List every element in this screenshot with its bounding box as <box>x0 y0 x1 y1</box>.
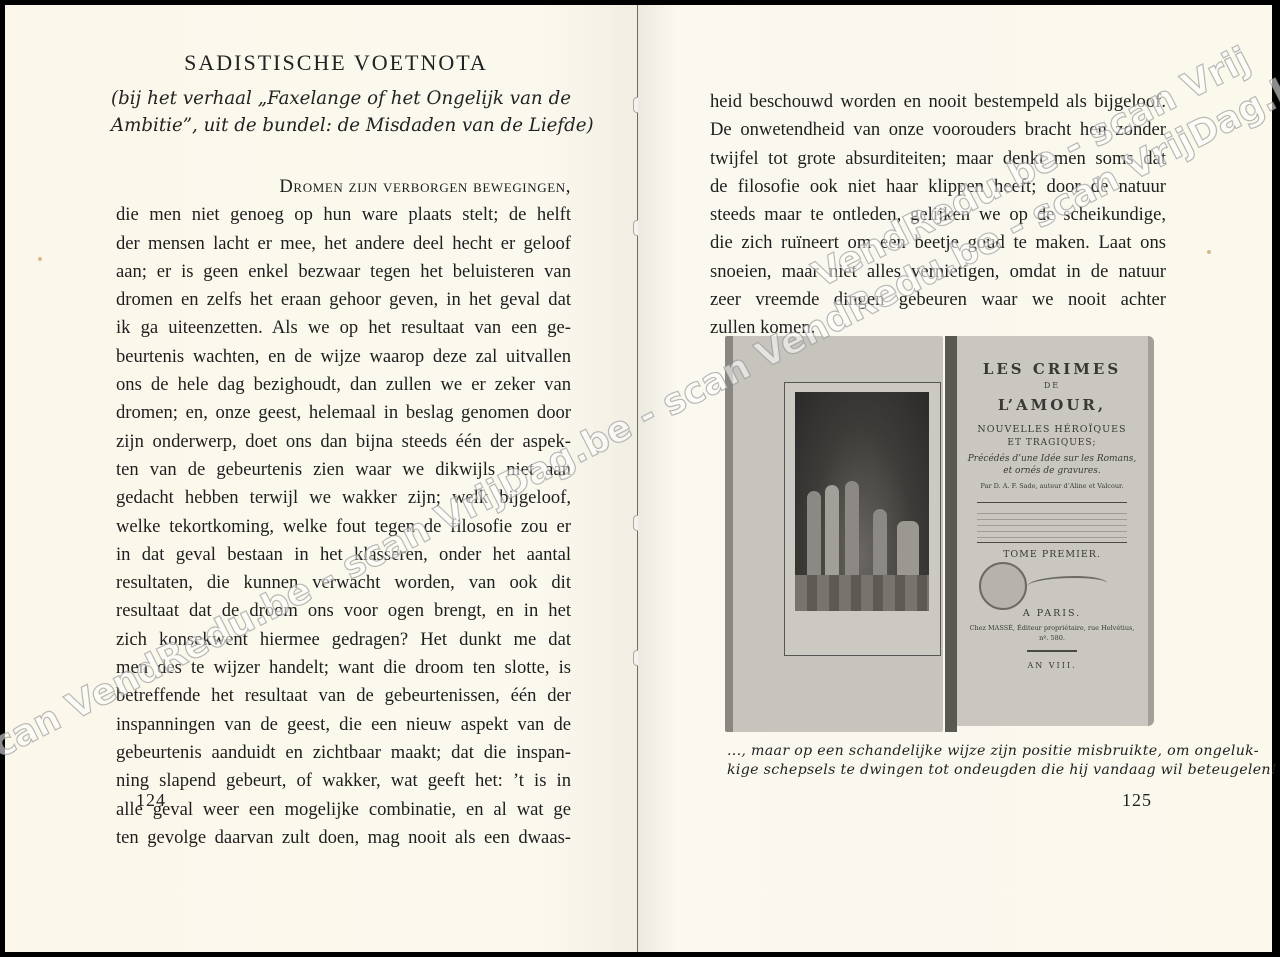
title-page-line: Par D. A. F. Sade, auteur d’Aline et Val… <box>957 482 1147 490</box>
title-page-motto <box>977 508 1127 538</box>
title-page: LES CRIMES DE L’AMOUR, NOUVELLES HÉROÏQU… <box>957 336 1154 726</box>
text-line: resultaat dat de droom ons voor ogen bre… <box>116 597 571 625</box>
left-page: SADISTISCHE VOETNOTA (bij het verhaal „F… <box>5 5 637 952</box>
text-line: zijn onderwerp, doet ons dan bijna steed… <box>116 428 571 456</box>
text-line: betreffende het resultaat van de gebeurt… <box>116 682 571 710</box>
body-text-left: Dromen zijn verborgen bewegingen, die me… <box>116 173 571 852</box>
engraving-frame <box>784 382 941 656</box>
text-line: zeer vreemde dingen gebeuren waar we noo… <box>710 286 1166 314</box>
text-line: men des te wijzer handelt; want die droo… <box>116 654 571 682</box>
engraving-figure <box>825 485 839 581</box>
illustration-caption: ..., maar op een schandelijke wijze zijn… <box>727 742 1147 780</box>
title-page-rule <box>977 542 1127 543</box>
caption-line: ..., maar op een schandelijke wijze zijn… <box>727 742 1147 761</box>
text-line: de filosofie ook niet haar klippen heeft… <box>710 173 1166 201</box>
engraving-figure <box>897 521 919 581</box>
text-line: welke tekortkoming, welke fout tegen de … <box>116 513 571 541</box>
text-line: resultaten, die kunnen verwacht worden, … <box>116 569 571 597</box>
text-line: twijfel tot grote absurditeiten; maar de… <box>710 145 1166 173</box>
subtitle-line: (bij het verhaal „Faxelange of het Ongel… <box>111 85 571 112</box>
text-line: die men niet genoeg op hun ware plaats s… <box>116 201 571 229</box>
text-line: alle geval weer een mogelijke combinatie… <box>116 796 571 824</box>
text-line: dromen; en, onze geest, helemaal in besl… <box>116 399 571 427</box>
title-page-line: LES CRIMES <box>957 360 1147 378</box>
engraving-figure <box>807 491 821 581</box>
text-line: steeds maar te ontleden, gelijken we op … <box>710 201 1166 229</box>
text-line: ten gevolge daarvan zult doen, mag nooit… <box>116 824 571 852</box>
text-line: zich konsekwent hiermee gedragen? Het du… <box>116 626 571 654</box>
page-number-right: 125 <box>1122 790 1152 811</box>
text-line: inspanningen van de geest, die een nieuw… <box>116 711 571 739</box>
title-page-line: ET TRAGIQUES; <box>957 438 1147 448</box>
title-page-rule <box>1027 650 1077 652</box>
title-page-line: DE <box>957 381 1147 390</box>
engraving-figure <box>873 509 887 581</box>
library-stamp-icon <box>979 562 1027 610</box>
opening-line: Dromen zijn verborgen bewegingen, <box>116 173 571 201</box>
title-page-line: A PARIS. <box>957 608 1147 619</box>
engraving-figure <box>845 481 859 581</box>
paper-speck <box>1207 250 1211 254</box>
title-page-line: AN VIII. <box>957 661 1147 670</box>
book-illustration: LES CRIMES DE L’AMOUR, NOUVELLES HÉROÏQU… <box>723 333 1163 733</box>
title-page-rule <box>977 502 1127 503</box>
page-number-left: 124 <box>136 790 166 811</box>
subtitle-line: Ambitie”, uit de bundel: de Misdaden van… <box>111 112 571 139</box>
body-text-right: heid beschouwd worden en nooit bestempel… <box>710 88 1166 343</box>
text-line: ons de hele dag bezighoudt, dan zullen w… <box>116 371 571 399</box>
text-line: heid beschouwd worden en nooit bestempel… <box>710 88 1166 116</box>
text-line: ik ga uiteenzetten. Als we op het result… <box>116 314 571 342</box>
frontispiece-page <box>725 336 943 732</box>
book-spine <box>945 336 957 732</box>
text-line: ten van de gebeurtenis zien waar we dikw… <box>116 456 571 484</box>
title-page-line: TOME PREMIER. <box>957 549 1147 560</box>
text-line: die zich ruïneert om een beetje goud te … <box>710 229 1166 257</box>
text-line: dromen en zelfs het eraan gehoor geven, … <box>116 286 571 314</box>
engraving-floor <box>795 575 929 611</box>
text-line: in dat geval bestaan in het klasseren, o… <box>116 541 571 569</box>
title-page-line: nº. 580. <box>957 634 1147 642</box>
text-line: aan; er is geen enkel bezwaar tegen het … <box>116 258 571 286</box>
text-line: ning slapend gebeurt, of wakker, wat gee… <box>116 767 571 795</box>
title-page-line: L’AMOUR, <box>957 396 1147 414</box>
text-line: De onwetendheid van onze voorouders brac… <box>710 116 1166 144</box>
quill-ornament-icon <box>1027 576 1107 594</box>
book-spread: SADISTISCHE VOETNOTA (bij het verhaal „F… <box>5 5 1272 952</box>
text-line: beurtenis wachten, en de wijze waarop de… <box>116 343 571 371</box>
text-line: gebeurtenis aanduidt en zichtbaar maakt;… <box>116 739 571 767</box>
caption-line: kige schepsels te dwingen tot ondeugden … <box>727 761 1147 780</box>
title-page-line: Précédés d’une Idée sur les Romans, <box>957 454 1147 464</box>
title-page-line: et ornés de gravures. <box>957 466 1147 476</box>
text-line: gedacht hebben terwijl we wakker zijn; w… <box>116 484 571 512</box>
chapter-subtitle: (bij het verhaal „Faxelange of het Ongel… <box>111 85 571 139</box>
paper-speck <box>38 257 42 261</box>
engraving-image <box>795 392 929 611</box>
chapter-title: SADISTISCHE VOETNOTA <box>116 50 556 76</box>
title-page-line: NOUVELLES HÉROÏQUES <box>957 424 1147 435</box>
text-line: der mensen lacht er mee, het andere deel… <box>116 230 571 258</box>
text-line: snoeien, maar niet alles vernietigen, om… <box>710 258 1166 286</box>
title-page-line: Chez MASSÉ, Éditeur propriétaire, rue He… <box>957 624 1147 632</box>
